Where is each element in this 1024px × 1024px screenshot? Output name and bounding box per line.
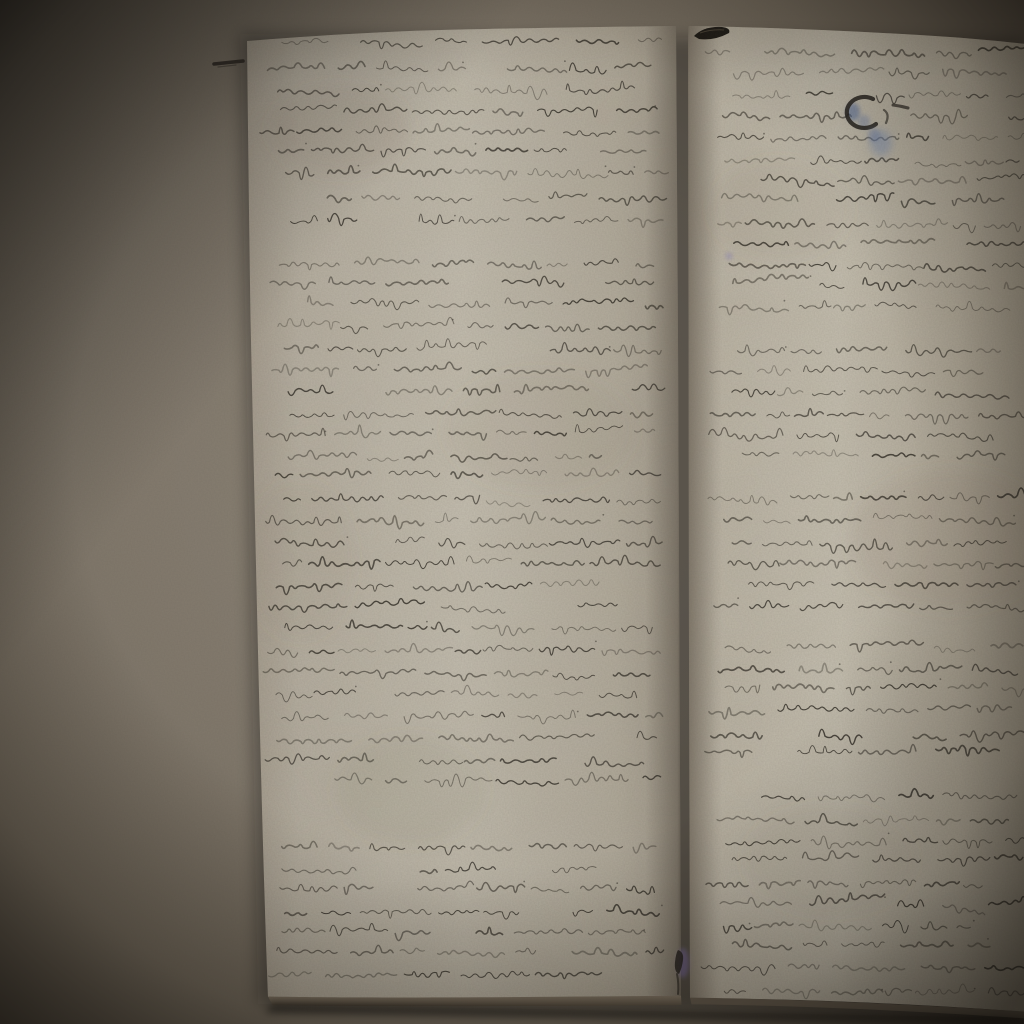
photo-open-notebook	[0, 0, 1024, 1024]
notebook-photo-canvas	[0, 0, 1024, 1024]
vignette-top-left	[0, 0, 1024, 1024]
